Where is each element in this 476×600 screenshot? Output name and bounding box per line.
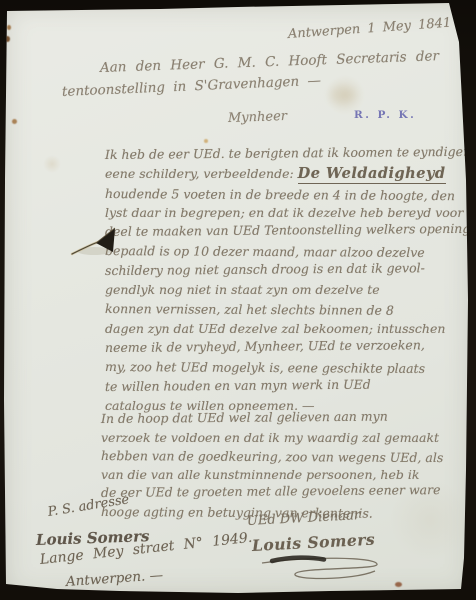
fox-spot	[5, 36, 10, 42]
fox-spot	[12, 119, 17, 124]
painting-title: De Weldadigheyd	[298, 165, 446, 184]
collection-stamp: R. P. K.	[354, 109, 416, 121]
body-line: gendlyk nog niet in staat zyn om dezelve…	[105, 280, 471, 299]
body-line: konnen vernissen, zal het slechts binnen…	[105, 299, 471, 321]
body-line: Ik heb de eer UEd. te berigten dat ik ko…	[105, 142, 471, 164]
fox-spot	[7, 25, 11, 30]
address-line-2: tentoonstelling in S'Gravenhagen —	[62, 73, 322, 100]
body-line: verzoek te voldoen en dat ik my waardig …	[101, 429, 443, 448]
salutation: Mynheer	[228, 109, 288, 126]
ink-smudge	[330, 86, 356, 104]
letter-photograph: Antwerpen 1 Mey 1841 Aan den Heer G. M. …	[0, 0, 476, 600]
body-line-text: eene schildery, verbeeldende:	[105, 166, 298, 181]
tear-mark	[70, 224, 120, 258]
body-line: de eer UEd te groeten met alle gevoelens…	[101, 481, 443, 503]
body-line: houdende 5 voeten in de breede en 4 in d…	[105, 184, 471, 206]
body-line: In de hoop dat UEd wel zal gelieven aan …	[101, 407, 443, 429]
body-line: deel te maaken van UEd Tentoonstelling w…	[105, 219, 471, 241]
address-line-1: Aan den Heer G. M. C. Hooft Secretaris d…	[100, 48, 440, 76]
body-paragraph-1: Ik heb de eer UEd. te berigten dat ik ko…	[105, 145, 471, 415]
body-line: eene schildery, verbeeldende: De Weldadi…	[105, 164, 471, 183]
postscript-city: Antwerpen. —	[65, 567, 163, 590]
paper-sheet: Antwerpen 1 Mey 1841 Aan den Heer G. M. …	[0, 0, 476, 600]
signature: Louis Somers	[252, 530, 376, 555]
body-line: neeme ik de vryheyd, Mynheer, UEd te ver…	[105, 335, 471, 357]
body-line: schildery nog niet gansch droog is en da…	[105, 258, 471, 280]
body-line: hebben van de goedkeuring, zoo van wegen…	[101, 447, 443, 468]
fox-spot	[395, 582, 402, 587]
body-paragraph-2: In de hoop dat UEd wel zal gelieven aan …	[101, 410, 443, 522]
fox-spot	[204, 139, 208, 143]
dateline: Antwerpen 1 Mey 1841	[287, 16, 451, 42]
body-line: te willen houden en van myn werk in UEd	[105, 373, 471, 395]
signature-flourish	[256, 554, 384, 582]
